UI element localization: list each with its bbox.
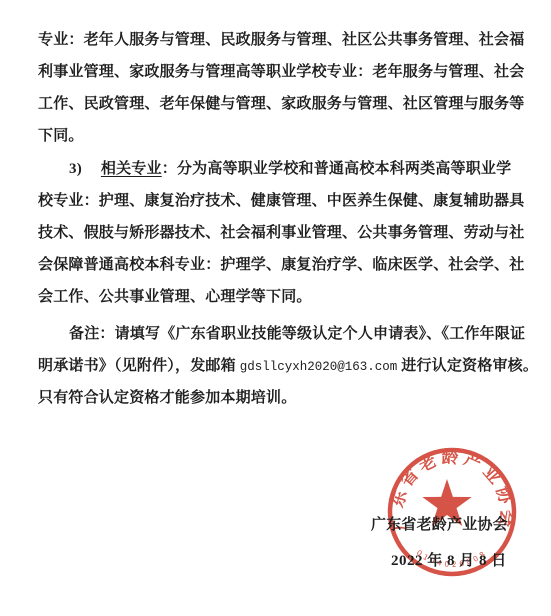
paragraph-majors-list: 专业：老年人服务与管理、民政服务与管理、社区公共事务管理、社会福 利事业管理、家… — [38, 24, 530, 152]
official-seal: 广东省老龄产业协会 0104026808 — [367, 427, 537, 597]
text-line: 明承诺书》（见附件），发邮箱 gdsllcyxh2020@163.com 进行认… — [38, 350, 530, 382]
text-line: 备注：请填写《广东省职业技能等级认定个人申请表》、《工作年限证 — [38, 318, 530, 350]
paragraph-remarks: 备注：请填写《广东省职业技能等级认定个人申请表》、《工作年限证 明承诺书》（见附… — [38, 318, 530, 414]
text-line: 只有符合认定资格才能参加本期培训。 — [38, 382, 530, 414]
text-line: 专业：老年人服务与管理、民政服务与管理、社区公共事务管理、社会福 — [38, 24, 530, 56]
email-text: gdsllcyxh2020@163.com — [240, 360, 398, 374]
text-line: 下同。 — [38, 120, 530, 152]
signature-organization: 广东省老龄产业协会 — [371, 513, 508, 534]
text-run: ：分为高等职业学校和普通高校本科两类高等职业学 — [162, 161, 512, 177]
text-line: 会工作、公共事业管理、心理学等下同。 — [38, 281, 530, 313]
list-item-marker: 3) — [69, 153, 82, 185]
text-line: 会保障普通高校本科专业：护理学、康复治疗学、临床医学、社会学、社 — [38, 249, 530, 281]
text-run: 进行认定资格审核。 — [397, 358, 538, 374]
text-line: 利事业管理、家政服务与管理高等职业学校专业：老年服务与管理、社会 — [38, 56, 530, 88]
text-run: 明承诺书》（见附件），发邮箱 — [38, 358, 240, 374]
text-line: 校专业：护理、康复治疗技术、健康管理、中医养生保健、康复辅助器具 — [38, 185, 530, 217]
text-line: 技术、假肢与矫形器技术、社会福利事业管理、公共事务管理、劳动与社 — [38, 217, 530, 249]
text-line: 3)相关专业：分为高等职业学校和普通高校本科两类高等职业学 — [38, 153, 530, 185]
text-line: 工作、民政管理、老年保健与管理、家政服务与管理、社区管理与服务等 — [38, 88, 530, 120]
signature-date: 2022 年 8 月 8 日 — [391, 549, 507, 570]
paragraph-related-majors: 3)相关专业：分为高等职业学校和普通高校本科两类高等职业学 校专业：护理、康复治… — [38, 153, 530, 313]
underlined-term: 相关专业 — [101, 161, 162, 177]
